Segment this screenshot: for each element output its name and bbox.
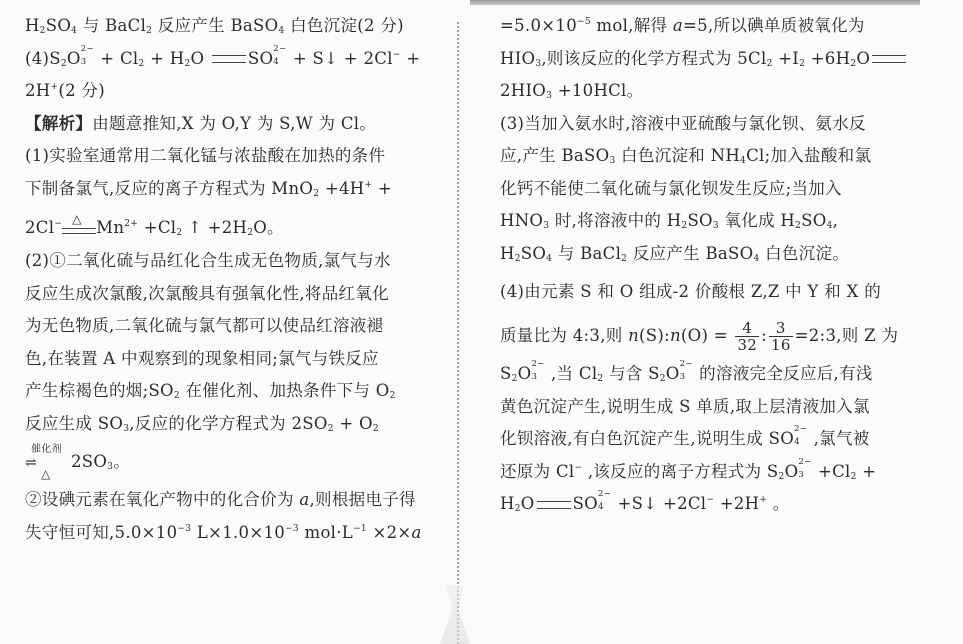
equals-sign xyxy=(537,501,571,509)
line-l9: 反应生成次氯酸,次氯酸具有强氧化性,将品红氧化 xyxy=(25,278,445,311)
line-r5: 应,产生 BaSO3 白色沉淀和 NH4Cl;加入盐酸和氯 xyxy=(500,140,920,173)
line-r14: 还原为 Cl− ,该反应的离子方程式为 S2O2−3 +Cl2 + xyxy=(500,456,920,489)
line-r2: HIO3,则该反应的化学方程式为 5Cl2 +I2 +6H2O xyxy=(500,43,920,76)
heat-equals-sign: △ xyxy=(62,219,96,239)
page-watermark xyxy=(440,585,470,644)
line-r6: 化钙不能使二氧化硫与氯化钡发生反应;当加入 xyxy=(500,173,920,206)
line-l14: 催化剂⇌△2SO3。 xyxy=(25,440,445,484)
column-divider xyxy=(457,22,459,644)
line-l4: 【解析】由题意推知,X 为 O,Y 为 S,W 为 Cl。 xyxy=(25,108,445,141)
line-r8: H2SO4 与 BaCl2 反应产生 BaSO4 白色沉淀。 xyxy=(500,238,920,271)
top-border-bar xyxy=(470,0,920,5)
left-column: H2SO4 与 BaCl2 反应产生 BaSO4 白色沉淀(2 分) (4)S2… xyxy=(25,10,445,549)
equals-sign xyxy=(212,55,246,63)
right-column: =5.0×10−5 mol,解得 a=5,所以碘单质被氧化为 HIO3,则该反应… xyxy=(500,10,920,521)
line-r12: 黄色沉淀产生,说明生成 S 单质,取上层清液加入氯 xyxy=(500,391,920,424)
equals-sign xyxy=(872,55,906,63)
line-r3: 2HIO3 +10HCl。 xyxy=(500,75,920,108)
line-l5: (1)实验室通常用二氧化锰与浓盐酸在加热的条件 xyxy=(25,140,445,173)
analysis-label: 【解析】 xyxy=(25,114,92,133)
line-l2: (4)S2O2−3 + Cl2 + H2O SO2−4 + S↓ + 2Cl− … xyxy=(25,43,445,76)
fraction-3-16: 316 xyxy=(769,320,793,353)
line-l1: H2SO4 与 BaCl2 反应产生 BaSO4 白色沉淀(2 分) xyxy=(25,10,445,43)
line-l15: ②设碘元素在氧化产物中的化合价为 a,则根据电子得 xyxy=(25,484,445,517)
line-l13: 反应生成 SO3,反应的化学方程式为 2SO2 + O2 xyxy=(25,408,445,441)
line-r4: (3)当加入氨水时,溶液中亚硫酸与氯化钡、氨水反 xyxy=(500,108,920,141)
line-l3: 2H+(2 分) xyxy=(25,75,445,108)
line-r13: 化钡溶液,有白色沉淀产生,说明生成 SO2−4 ,氯气被 xyxy=(500,423,920,456)
line-r15: H2OSO2−4 +S↓ +2Cl− +2H+ 。 xyxy=(500,488,920,521)
line-r10: 质量比为 4:3,则 n(S):n(O) = 432:316=2:3,则 Z 为 xyxy=(500,314,920,358)
fraction-4-32: 432 xyxy=(735,320,759,353)
line-l6: 下制备氯气,反应的离子方程式为 MnO2 +4H+ + xyxy=(25,173,445,206)
line-l12: 产生棕褐色的烟;SO2 在催化剂、加热条件下与 O2 xyxy=(25,375,445,408)
line-l10: 为无色物质,二氧化硫与氯气都可以使品红溶液褪 xyxy=(25,310,445,343)
reversible-arrow: 催化剂⇌△ xyxy=(25,448,71,478)
line-l11: 色,在装置 A 中观察到的现象相同;氯气与铁反应 xyxy=(25,343,445,376)
line-l16: 失守恒可知,5.0×10−3 L×1.0×10−3 mol·L−1 ×2×a xyxy=(25,517,445,550)
line-l7: 2Cl−△Mn2+ +Cl2 ↑ +2H2O。 xyxy=(25,205,445,245)
line-l8: (2)①二氧化硫与品红化合生成无色物质,氯气与水 xyxy=(25,245,445,278)
line-r1: =5.0×10−5 mol,解得 a=5,所以碘单质被氧化为 xyxy=(500,10,920,43)
line-r9: (4)由元素 S 和 O 组成-2 价酸根 Z,Z 中 Y 和 X 的 xyxy=(500,270,920,314)
line-r11: S2O2−3 ,当 Cl2 与含 S2O2−3 的溶液完全反应后,有浅 xyxy=(500,358,920,391)
line-r7: HNO3 时,将溶液中的 H2SO3 氧化成 H2SO4, xyxy=(500,205,920,238)
